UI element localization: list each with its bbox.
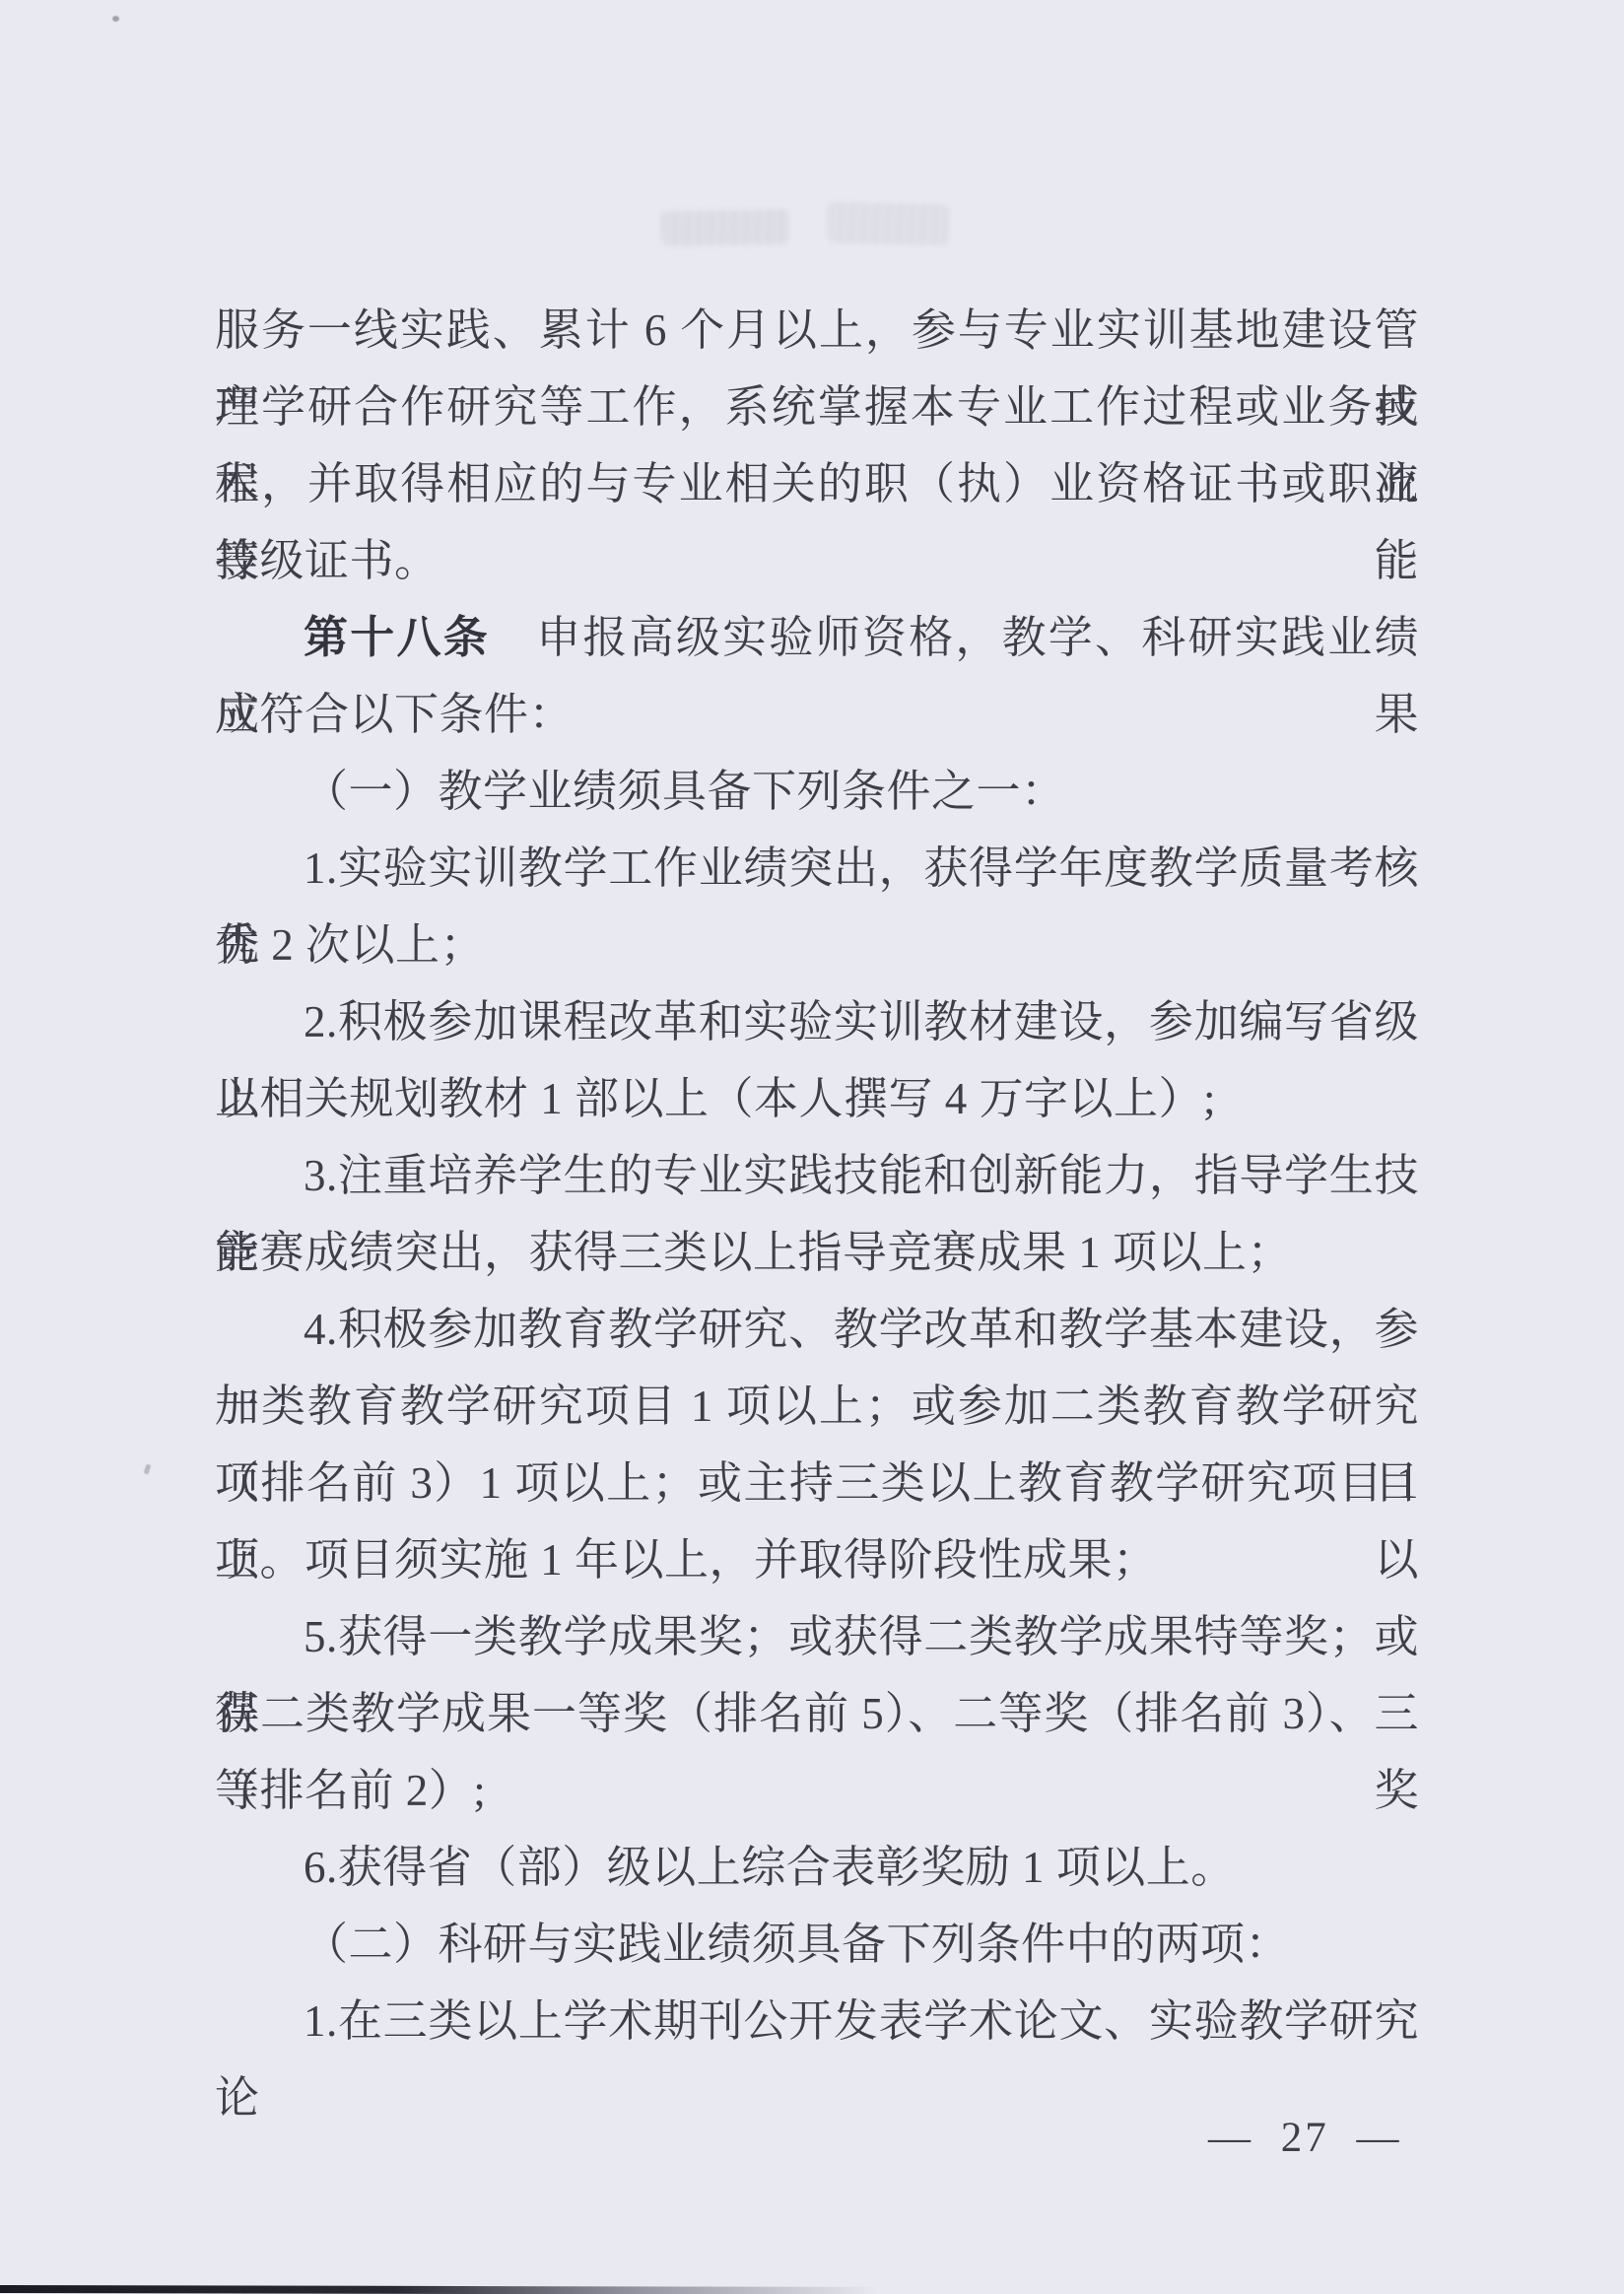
text-line: 上相关规划教材 1 部以上（本人撰写 4 万字以上）;: [215, 1060, 1419, 1137]
text-line: 秀 2 次以上；: [215, 907, 1419, 983]
text-line: 产学研合作研究等工作，系统掌握本专业工作过程或业务技术流: [215, 369, 1419, 445]
text-line: （二）科研与实践业绩须具备下列条件中的两项：: [215, 1906, 1419, 1983]
text-line: 得二类教学成果一等奖（排名前 5）、二等奖（排名前 3）、三等奖: [215, 1675, 1419, 1752]
text-line: 服务一线实践、累计 6 个月以上，参与专业实训基地建设管理或: [215, 292, 1419, 369]
text-line: 1.在三类以上学术期刊公开发表学术论文、实验教学研究论: [215, 1983, 1419, 2059]
text-line: 一类教育教学研究项目 1 项以上；或参加二类教育教学研究项目: [215, 1368, 1419, 1445]
text-line: 竞赛成绩突出，获得三类以上指导竞赛成果 1 项以上；: [215, 1214, 1419, 1291]
text-line: 6.获得省（部）级以上综合表彰奖励 1 项以上。: [215, 1829, 1419, 1906]
scan-edge-shadow: [0, 2285, 877, 2294]
text-line: （排名前 3）1 项以上；或主持三类以上教育教学研究项目 1 项以: [215, 1445, 1419, 1521]
text-line: 1.实验实训教学工作业绩突出，获得学年度教学质量考核优: [215, 830, 1419, 907]
text-line: 程，并取得相应的与专业相关的职（执）业资格证书或职业技能: [215, 445, 1419, 522]
scan-speck: [144, 1463, 152, 1474]
text-line: （一）教学业绩须具备下列条件之一：: [215, 753, 1419, 830]
faded-ink-smudge: [662, 209, 789, 246]
text-line: 4.积极参加教育教学研究、教学改革和教学基本建设，参加: [215, 1291, 1419, 1368]
scanned-document-page: 服务一线实践、累计 6 个月以上，参与专业实训基地建设管理或产学研合作研究等工作…: [0, 0, 1624, 2294]
text-line: 2.积极参加课程改革和实验实训教材建设，参加编写省级以: [215, 983, 1419, 1060]
article-number: 第十八条: [304, 613, 490, 662]
document-body: 服务一线实践、累计 6 个月以上，参与专业实训基地建设管理或产学研合作研究等工作…: [215, 292, 1419, 2059]
page-number: — 27 —: [1208, 2115, 1402, 2162]
text-line: 5.获得一类教学成果奖；或获得二类教学成果特等奖；或获: [215, 1598, 1419, 1675]
faded-ink-smudge: [828, 202, 949, 246]
scan-speck: [112, 16, 119, 22]
text-line: 第十八条 申报高级实验师资格，教学、科研实践业绩成果: [215, 599, 1419, 676]
text-line: 3.注重培养学生的专业实践技能和创新能力，指导学生技能: [215, 1137, 1419, 1214]
